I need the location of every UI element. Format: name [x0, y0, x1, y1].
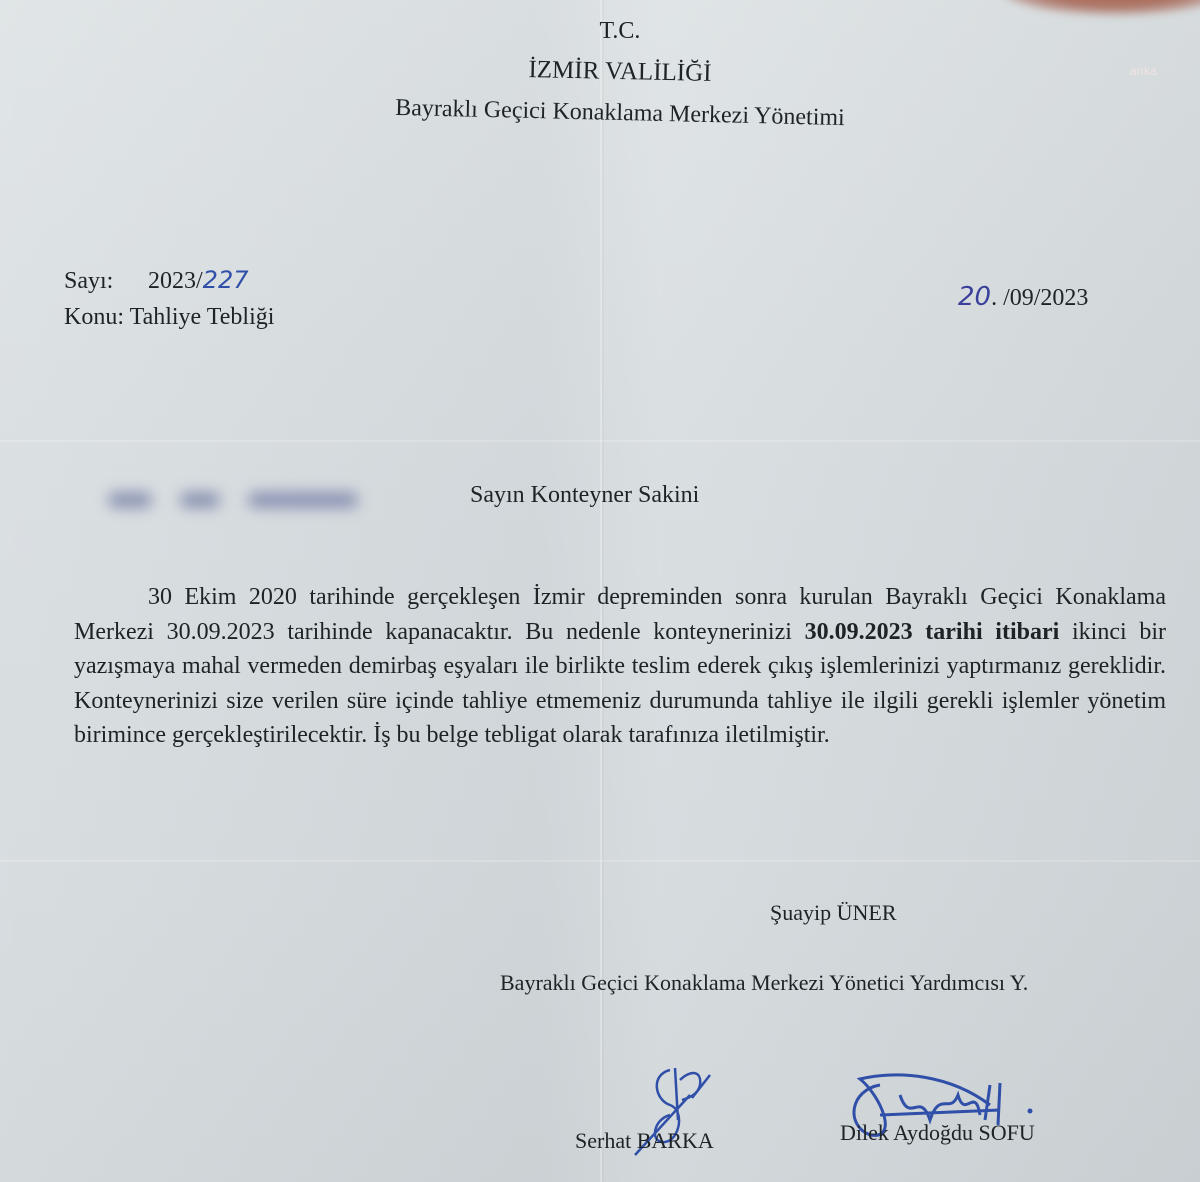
signatory-title: Bayraklı Geçici Konaklama Merkezi Yöneti…: [500, 970, 1028, 996]
document-date: 20. /09/2023: [958, 282, 1088, 312]
konu-value: Tahliye Tebliği: [130, 304, 275, 330]
date-printed: . /09/2023: [991, 285, 1088, 311]
header-tc: T.C.: [300, 18, 940, 45]
sayi-label: Sayı:: [64, 268, 148, 295]
salutation: Sayın Konteyner Sakini: [470, 482, 699, 509]
sayi-printed: 2023/: [148, 268, 203, 294]
sayi-handwritten: 227: [203, 266, 249, 294]
signer-2-name: Dilek Aydoğdu SOFU: [840, 1120, 1035, 1146]
redacted-recipient-name: [108, 482, 388, 518]
signatory-name: Şuayip ÜNER: [770, 900, 897, 926]
body-paragraph: 30 Ekim 2020 tarihinde gerçekleşen İzmir…: [74, 580, 1166, 753]
deadline-bold: 30.09.2023 tarihi itibari: [805, 619, 1060, 645]
reference-number: Sayı:2023/227: [64, 266, 248, 295]
watermark-logo: anka: [1130, 64, 1157, 78]
paper-fold-horizontal: [0, 860, 1200, 862]
subject-line: Konu: Tahliye Tebliği: [64, 304, 274, 331]
paper-fold-horizontal: [0, 440, 1200, 442]
konu-label: Konu:: [64, 304, 124, 330]
signer-1-name: Serhat BARKA: [575, 1128, 714, 1154]
date-day-handwritten: 20: [958, 282, 991, 312]
